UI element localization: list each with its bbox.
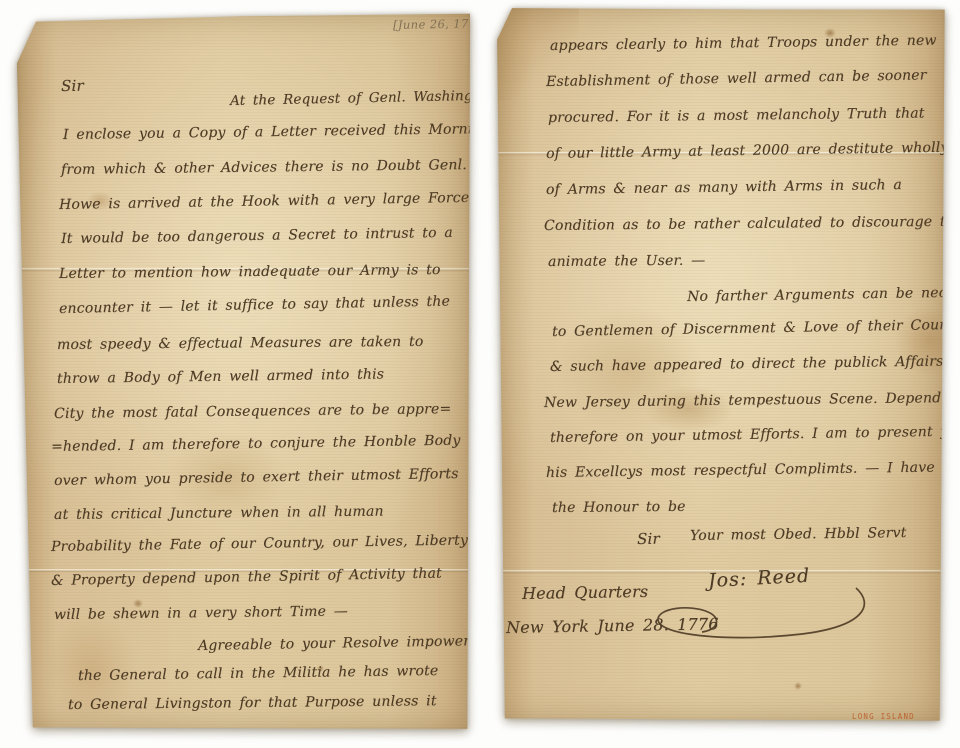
manuscript-line: encounter it — let it suffice to say tha…	[59, 293, 450, 317]
manuscript-line: will be shewn in a very short Time —	[54, 603, 348, 623]
manuscript-line: to Gentlemen of Discernment & Love of th…	[552, 317, 946, 340]
manuscript-line: & Property depend upon the Spirit of Act…	[51, 565, 442, 589]
manuscript-line: the General to call in the Militia he ha…	[78, 663, 439, 684]
manuscript-line: I enclose you a Copy of a Letter receive…	[63, 121, 470, 143]
closing-line: Your most Obed. Hbbl Servt	[690, 525, 907, 544]
manuscript-line: Letter to mention how inadequate our Arm…	[59, 262, 441, 282]
manuscript-line: over whom you preside to exert their utm…	[54, 466, 459, 489]
archive-stamp: LONG ISLAND	[852, 712, 915, 721]
manuscript-line: It would be too dangerous a Secret to in…	[61, 225, 453, 247]
manuscript-line: City the most fatal Consequences are to …	[54, 401, 452, 422]
manuscript-line: At the Request of Genl. Washington	[230, 87, 470, 109]
manuscript-line: procured. For it is a most melancholy Tr…	[548, 105, 925, 126]
manuscript-line: appears clearly to him that Troops under…	[550, 33, 937, 54]
manuscript-line: from which & other Advices there is no D…	[61, 157, 467, 178]
manuscript-line: Howe is arrived at the Hook with a very …	[59, 190, 470, 213]
manuscript-line: =hended. I am therefore to conjure the H…	[51, 433, 461, 455]
date-annotation: [June 26, 1776]	[393, 16, 470, 32]
manuscript-line: therefore on your utmost Efforts. I am t…	[550, 423, 946, 446]
scan-background: [June 26, 1776] Sir At the Request of Ge…	[0, 0, 960, 748]
dateline: New York June 28. 1776	[506, 614, 719, 637]
manuscript-line: to General Livingston for that Purpose u…	[68, 693, 437, 713]
manuscript-line: at this critical Juncture when in all hu…	[54, 504, 384, 523]
manuscript-line: the Honour to be	[552, 499, 686, 516]
manuscript-line: Condition as to be rather calculated to …	[544, 214, 946, 234]
manuscript-line: No farther Arguments can be necessary	[687, 284, 946, 305]
manuscript-line: Probability the Fate of our Country, our…	[51, 532, 468, 555]
manuscript-line: throw a Body of Men well armed into this	[57, 366, 384, 387]
manuscript-line: animate the User. —	[548, 253, 705, 270]
manuscript-line: Agreeable to your Resolve impowering	[198, 633, 470, 654]
paper-sheet: [June 26, 1776] Sir At the Request of Ge…	[17, 13, 470, 731]
letter-page-2: appears clearly to him that Troops under…	[494, 6, 946, 722]
manuscript-line: & such have appeared to direct the publi…	[550, 353, 946, 375]
closing-sir: Sir	[637, 530, 660, 548]
manuscript-line: of Arms & near as many with Arms in such…	[546, 177, 902, 198]
stain	[794, 682, 802, 690]
manuscript-line: New Jersey during this tempestuous Scene…	[544, 390, 946, 411]
letter-page-1: [June 26, 1776] Sir At the Request of Ge…	[17, 13, 470, 731]
manuscript-line: most speedy & effectual Measures are tak…	[57, 334, 424, 353]
place-line: Head Quarters	[522, 582, 649, 603]
paper-sheet: appears clearly to him that Troops under…	[494, 6, 946, 722]
manuscript-line: his Excellcys most respectful Complimts.…	[546, 460, 935, 481]
signature: Jos: Reed	[707, 565, 810, 592]
salutation: Sir	[61, 77, 84, 95]
manuscript-line: of our little Army at least 2000 are des…	[546, 140, 946, 162]
manuscript-line: Establishment of those well armed can be…	[546, 67, 927, 90]
